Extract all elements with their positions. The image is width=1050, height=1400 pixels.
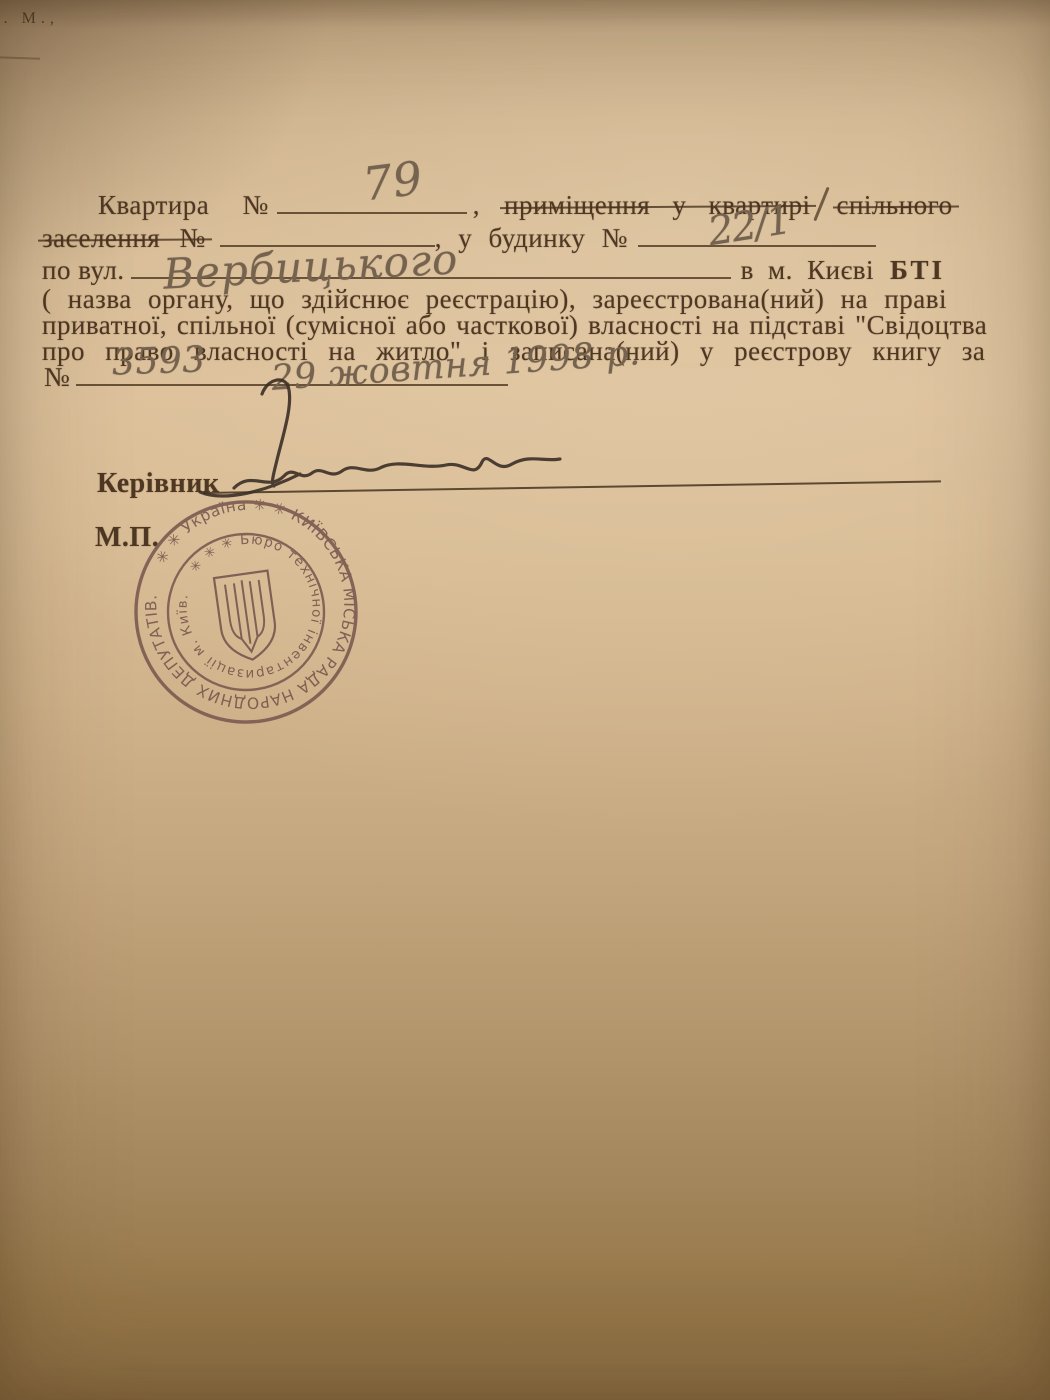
form-line-1: Квартира № 79,приміщення у квартиріспіль… xyxy=(98,190,953,221)
form-line-3: по вул. Вербицькогов м. КиєвіБТІ xyxy=(42,255,945,286)
building-number-blank: 22/1 xyxy=(638,243,876,247)
apartment-label: Квартира № xyxy=(98,190,269,220)
apartment-number-blank: 79 xyxy=(277,210,467,214)
city-text: в м. Києві xyxy=(741,255,874,285)
bti-abbreviation: БТІ xyxy=(890,255,945,285)
document-photo: В. М., Квартира № 79,приміщення у кварти… xyxy=(0,0,1050,1400)
signature-rule-line xyxy=(203,480,941,494)
registry-blank: 3593 29 жовтня 1998 р. xyxy=(76,382,508,386)
tryzub-emblem xyxy=(214,571,279,664)
svg-text:✳ ✳ ✳ Бюро технічної інвентари: ✳ ✳ ✳ Бюро технічної інвентаризації м. К… xyxy=(144,502,355,713)
corner-dash-mark xyxy=(0,56,40,60)
head-label: Керівник xyxy=(97,468,220,500)
registry-number-label: № xyxy=(44,362,70,392)
street-name-blank: Вербицького xyxy=(131,275,731,279)
registry-number-handwritten: 3593 xyxy=(112,339,207,383)
street-label: по вул. xyxy=(42,255,125,285)
apartment-number-handwritten: 79 xyxy=(360,151,426,212)
corner-text-fragment: В. М., xyxy=(0,10,59,28)
stamp-inner-circle xyxy=(158,524,334,700)
comma: , xyxy=(473,190,480,220)
seal-mark-label: М.П. xyxy=(95,522,159,554)
building-label: , у будинку № xyxy=(435,223,628,253)
stamp-inner-ring-text: ✳ ✳ ✳ Бюро технічної інвентаризації м. К… xyxy=(144,502,355,713)
form-line-7: № 3593 29 жовтня 1998 р. xyxy=(44,362,508,393)
struck-text-shared: спільного xyxy=(837,190,953,220)
